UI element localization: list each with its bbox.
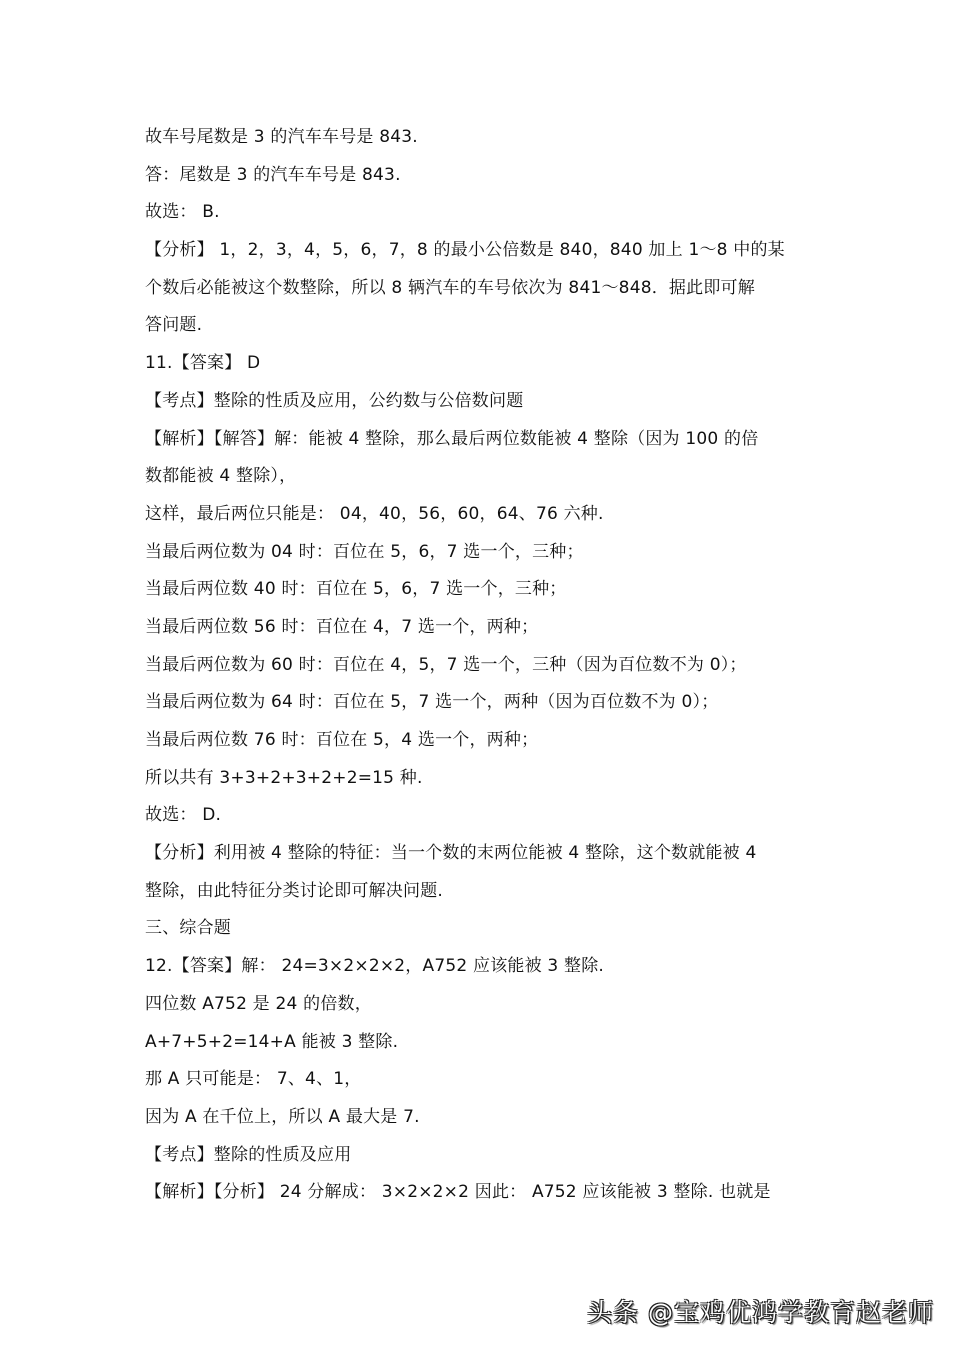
text-line: 数都能被 4 整除）， xyxy=(145,464,825,502)
case-line: 当最后两位数为 60 时：百位在 4，5，7 选一个，三种（因为百位数不为 0）… xyxy=(145,653,825,691)
key-point-line: 【考点】整除的性质及应用，公约数与公倍数问题 xyxy=(145,389,825,427)
case-line: 当最后两位数 76 时：百位在 5，4 选一个，两种； xyxy=(145,728,825,766)
text-line: 这样，最后两位只能是： 04，40，56，60，64、76 六种. xyxy=(145,502,825,540)
watermark: 头条 @宝鸡优鸿学教育赵老师 xyxy=(587,1293,934,1329)
total-line: 所以共有 3+3+2+3+2+2=15 种. xyxy=(145,766,825,804)
text-line: 因为 A 在千位上，所以 A 最大是 7. xyxy=(145,1105,825,1143)
analysis-line: 【分析】利用被 4 整除的特征：当一个数的末两位能被 4 整除，这个数就能被 4 xyxy=(145,841,825,879)
answer-choice-line: 故选： B. xyxy=(145,200,825,238)
text-line: 四位数 A752 是 24 的倍数， xyxy=(145,992,825,1030)
answer-choice-line: 故选： D. xyxy=(145,803,825,841)
question-12-answer: 12.【答案】解： 24=3×2×2×2，A752 应该能被 3 整除. xyxy=(145,954,825,992)
text-line: 答：尾数是 3 的汽车车号是 843. xyxy=(145,163,825,201)
text-line: A+7+5+2=14+A 能被 3 整除. xyxy=(145,1030,825,1068)
document-page: 故车号尾数是 3 的汽车车号是 843. 答：尾数是 3 的汽车车号是 843.… xyxy=(0,0,956,1353)
text-line: 故车号尾数是 3 的汽车车号是 843. xyxy=(145,125,825,163)
solution-line: 【解析】【解答】解：能被 4 整除，那么最后两位数能被 4 整除（因为 100 … xyxy=(145,427,825,465)
key-point-line: 【考点】整除的性质及应用 xyxy=(145,1143,825,1181)
case-line: 当最后两位数 40 时：百位在 5，6，7 选一个，三种； xyxy=(145,577,825,615)
case-line: 当最后两位数为 04 时：百位在 5，6，7 选一个，三种； xyxy=(145,540,825,578)
text-line: 个数后必能被这个数整除，所以 8 辆汽车的车号依次为 841～848．据此即可解 xyxy=(145,276,825,314)
analysis-line: 【分析】 1，2，3，4，5，6，7，8 的最小公倍数是 840，840 加上 … xyxy=(145,238,825,276)
solution-line: 【解析】【分析】 24 分解成： 3×2×2×2 因此： A752 应该能被 3… xyxy=(145,1180,825,1218)
document-body: 故车号尾数是 3 的汽车车号是 843. 答：尾数是 3 的汽车车号是 843.… xyxy=(145,125,825,1218)
section-heading: 三、综合题 xyxy=(145,916,825,954)
text-line: 那 A 只可能是： 7、4、1， xyxy=(145,1067,825,1105)
text-line: 整除，由此特征分类讨论即可解决问题. xyxy=(145,879,825,917)
text-line: 答问题. xyxy=(145,313,825,351)
question-11-answer: 11.【答案】 D xyxy=(145,351,825,389)
case-line: 当最后两位数 56 时：百位在 4，7 选一个，两种； xyxy=(145,615,825,653)
case-line: 当最后两位数为 64 时：百位在 5，7 选一个，两种（因为百位数不为 0）； xyxy=(145,690,825,728)
